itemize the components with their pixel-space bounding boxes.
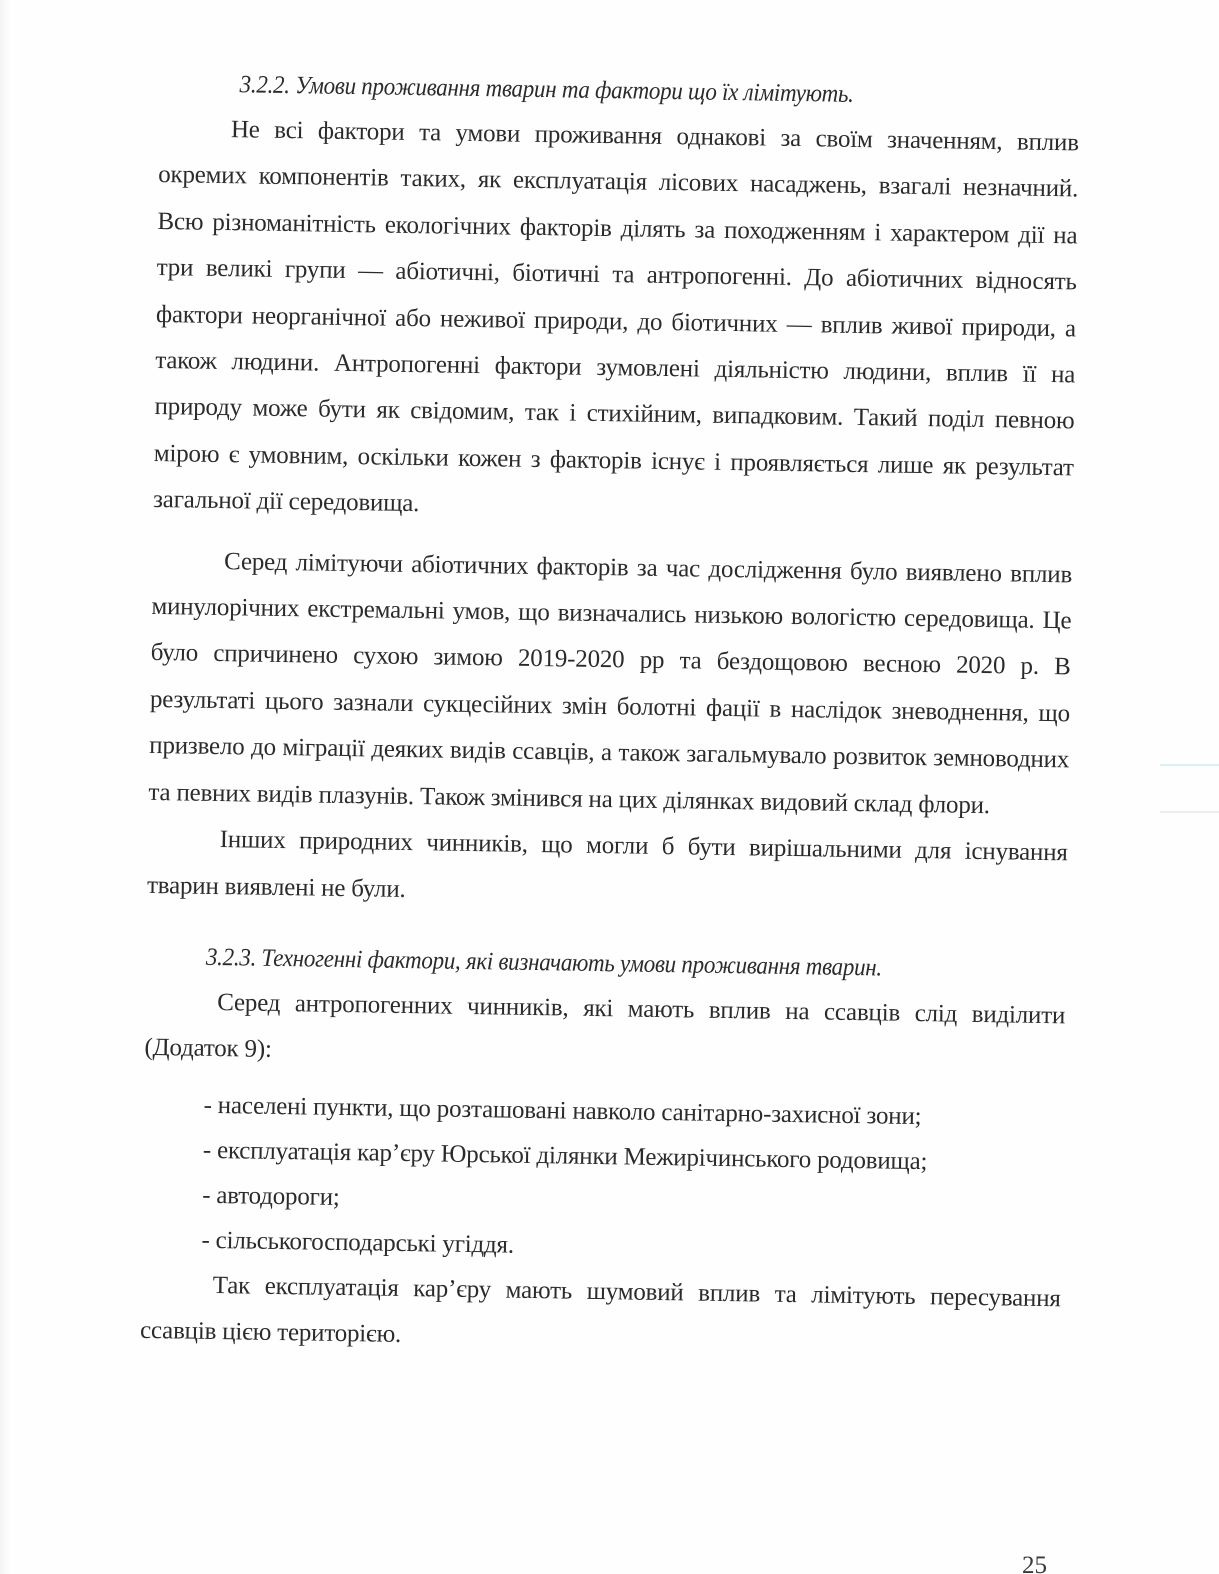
paragraph-anthropogenic-intro: Серед антропогенних чинників, які мають … [144, 979, 1065, 1086]
paragraph-abiotic-limiting: Серед лімітуючи абіотичних факторів за ч… [148, 538, 1072, 831]
paragraph-quarry-conclusion: Так експлуатація кар’єру мають шумовий в… [140, 1262, 1061, 1369]
scan-artifact-line [1160, 764, 1219, 766]
scan-artifact-line [1160, 811, 1219, 813]
page-number: 25 [1022, 1552, 1047, 1574]
document-page: 3.2.2. Умови проживання тварин та фактор… [0, 0, 1219, 1574]
paragraph-factors-overview: Не всі фактори та умови проживання однак… [153, 106, 1079, 538]
page-content: 3.2.2. Умови проживання тварин та фактор… [140, 62, 1080, 1369]
paragraph-other-factors: Інших природних чинників, що могли б бут… [147, 816, 1068, 923]
scan-edge-shadow [0, 0, 12, 1574]
